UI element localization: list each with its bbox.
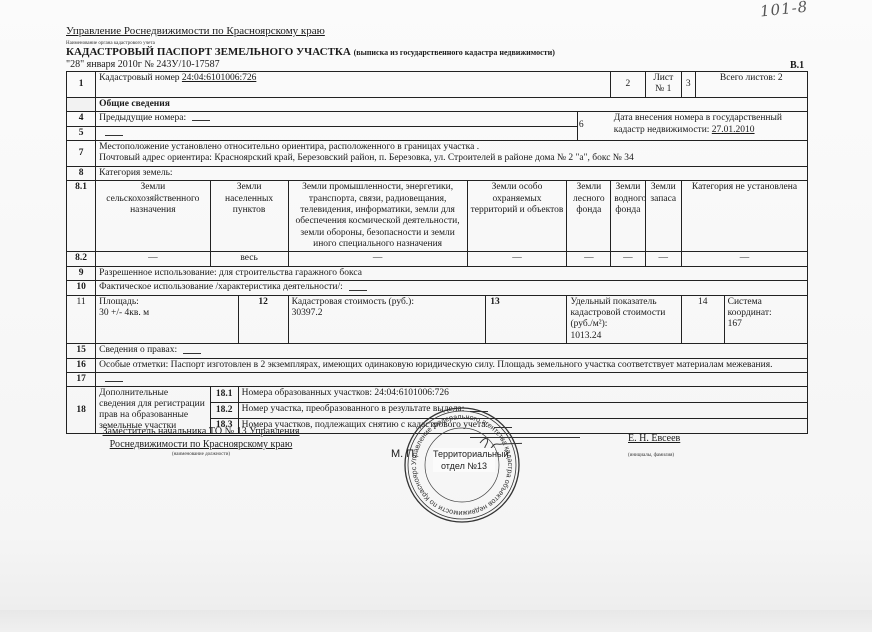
general-section-header: Общие сведения (67, 97, 808, 111)
row-15: 15 Сведения о правах: (67, 344, 808, 358)
row-num: 4 (67, 112, 96, 126)
location: Местоположение установлено относительно … (96, 140, 808, 166)
empty-dash (105, 129, 123, 136)
cadastral-value: Кадастровая стоимость (руб.): 30397.2 (288, 295, 486, 344)
special-notes: Особые отметки: Паспорт изготовлен в 2 э… (96, 358, 808, 372)
specific-value-amount: 1013.24 (570, 331, 678, 342)
row-num: 8.1 (67, 181, 96, 252)
row-7: 7 Местоположение установлено относительн… (67, 140, 808, 166)
row-num: 9 (67, 266, 96, 280)
row-num: 2 (611, 72, 645, 98)
name-caption: (инициалы, фамилия) (628, 453, 674, 458)
document-title: КАДАСТРОВЫЙ ПАСПОРТ ЗЕМЕЛЬНОГО УЧАСТКА (… (66, 46, 555, 58)
position-caption: (наименование должности) (66, 452, 336, 457)
rights-info: Сведения о правах: (96, 344, 808, 358)
row-num: 6 (577, 112, 610, 141)
land-category-label: Категория земель: (96, 166, 808, 180)
row-num: 1 (67, 72, 96, 98)
row-9: 9 Разрешенное использование: для строите… (67, 266, 808, 280)
row-num: 15 (67, 344, 96, 358)
formed-parcels: Номера образованных участков: 24:04:6101… (238, 387, 807, 403)
signatory-position: Заместитель начальника ТО № 13 Управлени… (66, 425, 336, 451)
cadastral-number: 24:04:6101006:726 (182, 73, 256, 83)
row-num: 5 (67, 126, 96, 140)
row-num: 7 (67, 140, 96, 166)
category-industrial: Земли промышленности, энергетики, трансп… (288, 181, 467, 252)
total-sheets: Всего листов: 2 (695, 72, 808, 98)
row-num: 8.2 (67, 252, 96, 266)
signatory-name: Е. Н. Евсеев (628, 433, 680, 444)
area: Площадь: 30 +/- 4кв. м (96, 295, 239, 344)
specific-cadastral-value: Удельный показатель кадастровой стоимост… (567, 295, 682, 344)
row-num: 11 (67, 295, 96, 344)
row-8-1: 8.1 Земли сельскохозяйственного назначен… (67, 181, 808, 252)
organization-name: Управление Роснедвижимости по Красноярск… (66, 25, 325, 37)
row-8: 8 Категория земель: (67, 166, 808, 180)
row-num: 10 (67, 281, 96, 295)
general-label: Общие сведения (96, 97, 808, 111)
title-note: (выписка из государственного кадастра не… (354, 48, 555, 57)
coordinate-system: Система координат: 167 (724, 295, 807, 344)
category-water: Земли водного фонда (611, 181, 645, 252)
row-num: 8 (67, 166, 96, 180)
area-value: 30 +/- 4кв. м (99, 308, 235, 319)
handwritten-note: 101-8 (759, 0, 809, 20)
scan-edge (0, 610, 872, 632)
category-not-set: Категория не установлена (681, 181, 807, 252)
cadastral-number-cell: Кадастровый номер 24:04:6101006:726 (96, 72, 611, 98)
permitted-use: Разрешенное использование: для строитель… (96, 266, 808, 280)
category-reserve: Земли запаса (645, 181, 681, 252)
row-num: 17 (67, 372, 96, 386)
cadastral-table: 1 Кадастровый номер 24:04:6101006:726 2 … (66, 71, 808, 434)
row-num: 13 (486, 295, 567, 344)
category-forest: Земли лесного фонда (567, 181, 611, 252)
row-num: 14 (681, 295, 724, 344)
registration-date: Дата внесения номера в государственный к… (611, 112, 808, 141)
transformed-parcel: Номер участка, преобразованного в резуль… (238, 402, 807, 418)
seal-place-label: М. П. (391, 448, 417, 460)
row-17: 17 (67, 372, 808, 386)
category-protected: Земли особо охраняемых территорий и объе… (467, 181, 567, 252)
category-agricultural: Земли сельскохозяйственного назначения (96, 181, 210, 252)
title-text: КАДАСТРОВЫЙ ПАСПОРТ ЗЕМЕЛЬНОГО УЧАСТКА (66, 46, 351, 58)
stamp-center-text: Территориальный отдел №13 (433, 448, 495, 472)
actual-use: Фактическое использование /характеристик… (96, 281, 808, 295)
row-num: 16 (67, 358, 96, 372)
row-num: 12 (238, 295, 288, 344)
row-11-14: 11 Площадь: 30 +/- 4кв. м 12 Кадастровая… (67, 295, 808, 344)
row-18-1: 18 Дополнительные сведения для регистрац… (67, 387, 808, 403)
row-num: 3 (681, 72, 695, 98)
row-8-2: 8.2 — весь — — — — — — (67, 252, 808, 266)
previous-numbers: Предыдущие номера: (96, 112, 578, 126)
document-date-number: "28" января 2010г № 243У/10-17587 (66, 59, 220, 70)
empty-dash (192, 114, 210, 121)
document-page: 101-8 Управление Роснедвижимости по Крас… (0, 0, 872, 632)
row-10: 10 Фактическое использование /характерис… (67, 281, 808, 295)
category-settlements: Земли населенных пунктов (210, 181, 288, 252)
row-4: 4 Предыдущие номера: 6 Дата внесения ном… (67, 112, 808, 126)
row-1: 1 Кадастровый номер 24:04:6101006:726 2 … (67, 72, 808, 98)
category-value-settlements: весь (210, 252, 288, 266)
sheet-number: Лист № 1 (645, 72, 681, 98)
cadastral-value-amount: 30397.2 (292, 308, 483, 319)
postal-address: Почтовый адрес ориентира: Красноярский к… (99, 153, 804, 164)
form-code: В.1 (790, 60, 804, 71)
row-16: 16 Особые отметки: Паспорт изготовлен в … (67, 358, 808, 372)
